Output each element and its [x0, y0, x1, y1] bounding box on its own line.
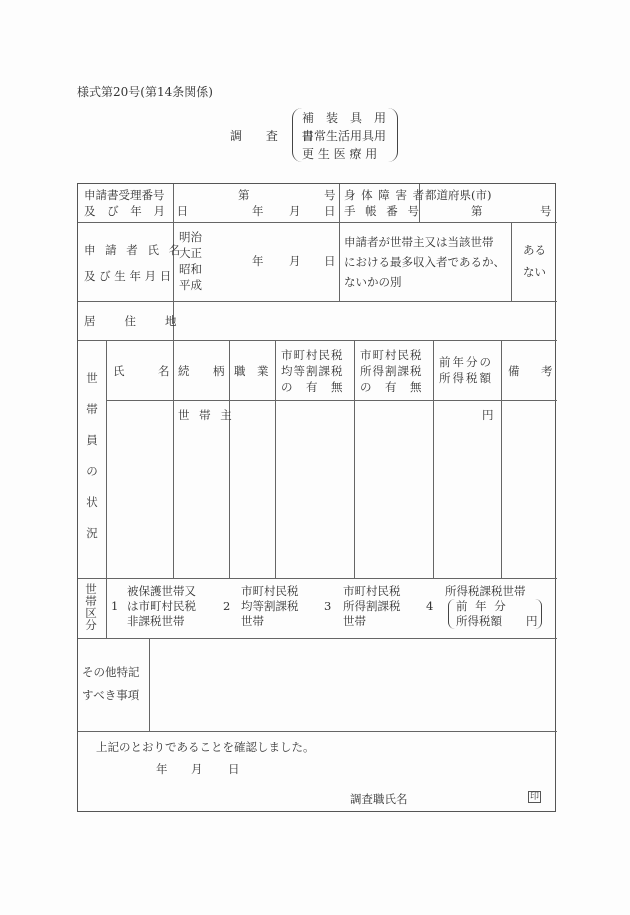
survey-form: 申請書受理番号 及 び 年 月 日 第 号 年 月 日 身 体 障 害 者 手 …	[77, 183, 556, 812]
header-relation-1: 続	[178, 363, 190, 379]
option-line: 世帯	[241, 613, 264, 629]
title-option-daily-living: 日常生活用具用	[302, 127, 386, 144]
header-name-2: 名	[158, 363, 170, 379]
household-side-label: 世 帯 員 の 状 況	[85, 370, 99, 556]
option-number: 3	[324, 598, 331, 614]
yen-unit: 円	[526, 613, 538, 629]
header-income-tax-2: 所得割課税	[360, 363, 423, 379]
other-label-2: すべき事項	[82, 687, 139, 703]
header-remarks-1: 備	[508, 363, 520, 379]
receipt-label-2: 及 び 年 月 日	[84, 203, 192, 219]
era-meiji[interactable]: 明治	[179, 229, 202, 245]
go-label: 号	[540, 203, 552, 219]
answer-no[interactable]: ない	[523, 264, 546, 280]
option-line: 市町村民税	[343, 583, 401, 599]
applicant-label-2: 及 び 生 年 月 日	[84, 268, 171, 284]
era-taisho[interactable]: 大正	[179, 245, 202, 261]
option-line: 前 年 分	[456, 598, 508, 614]
header-prev-tax-2: 所得税額	[439, 370, 493, 386]
option-line: 被保護世帯又	[127, 583, 196, 599]
head-question-3: ないかの別	[344, 274, 402, 290]
option-line: 非課税世帯	[127, 613, 185, 629]
option-number: 1	[111, 598, 118, 614]
head-question-1: 申請者が世帯主又は当該世帯	[344, 234, 494, 250]
dai-label: 第	[238, 187, 250, 203]
day-label: 日	[228, 761, 240, 777]
header-remarks-2: 考	[541, 363, 553, 379]
household-members-table[interactable]	[108, 402, 555, 577]
option-number: 4	[426, 598, 433, 614]
dai-label: 第	[471, 203, 483, 219]
option-line: 所得税課税世帯	[445, 583, 526, 599]
header-equal-tax-2: 均等割課税	[281, 363, 344, 379]
go-label: 号	[324, 187, 336, 203]
year-label: 年	[252, 253, 264, 269]
answer-yes[interactable]: ある	[523, 242, 546, 258]
option-line: 世帯	[343, 613, 366, 629]
day-label: 日	[324, 253, 336, 269]
era-heisei[interactable]: 平成	[179, 277, 202, 293]
header-occupation: 職 業	[234, 363, 269, 379]
option-line: 均等割課税	[241, 598, 299, 614]
category-side-label: 世 帯 区 分	[84, 583, 98, 631]
document-title: 調 査 書 補 装 具 用 日常生活用具用 更 生 医 療 用	[230, 108, 410, 164]
header-equal-tax-3: の 有 無	[281, 379, 344, 395]
title-option-medical: 更 生 医 療 用	[302, 145, 377, 162]
investigator-label: 調査職氏名	[350, 791, 408, 807]
option-line: 所得税額	[456, 613, 502, 629]
handbook-label-1: 身 体 障 害 者	[344, 187, 425, 203]
day-label: 日	[324, 203, 336, 219]
era-showa[interactable]: 昭和	[179, 261, 202, 277]
header-income-tax-1: 市町村民税	[360, 347, 423, 363]
header-relation-2: 柄	[213, 363, 225, 379]
header-equal-tax-1: 市町村民税	[281, 347, 344, 363]
year-label: 年	[252, 203, 264, 219]
seal-icon: 印	[528, 791, 541, 803]
option-line: は市町村民税	[127, 598, 196, 614]
other-notes-field[interactable]	[151, 640, 555, 730]
month-label: 月	[289, 203, 301, 219]
other-label-1: その他特記	[82, 664, 140, 680]
option-line: 所得割課税	[343, 598, 401, 614]
header-prev-tax-1: 前年分の	[439, 354, 493, 370]
form-reference: 様式第20号(第14条関係)	[77, 83, 213, 100]
option-number: 2	[223, 598, 230, 614]
investigator-name-field[interactable]	[418, 788, 518, 808]
confirm-text: 上記のとおりであることを確認しました。	[96, 739, 315, 755]
handbook-label-2: 手 帳 番 号	[344, 203, 422, 219]
prefecture-label: 都道府県(市)	[425, 187, 491, 203]
year-label: 年	[156, 761, 168, 777]
residence-label: 居 住 地	[84, 313, 179, 329]
applicant-label-1: 申 請 者 氏 名	[84, 242, 183, 258]
receipt-label-1: 申請書受理番号	[84, 187, 165, 203]
head-question-2: における最多収入者であるか、	[344, 254, 505, 270]
title-option-prosthetic: 補 装 具 用	[302, 109, 386, 126]
residence-field[interactable]	[175, 303, 555, 339]
option-line: 市町村民税	[241, 583, 299, 599]
month-label: 月	[191, 761, 203, 777]
header-income-tax-3: の 有 無	[360, 379, 423, 395]
header-name-1: 氏	[113, 363, 125, 379]
month-label: 月	[289, 253, 301, 269]
